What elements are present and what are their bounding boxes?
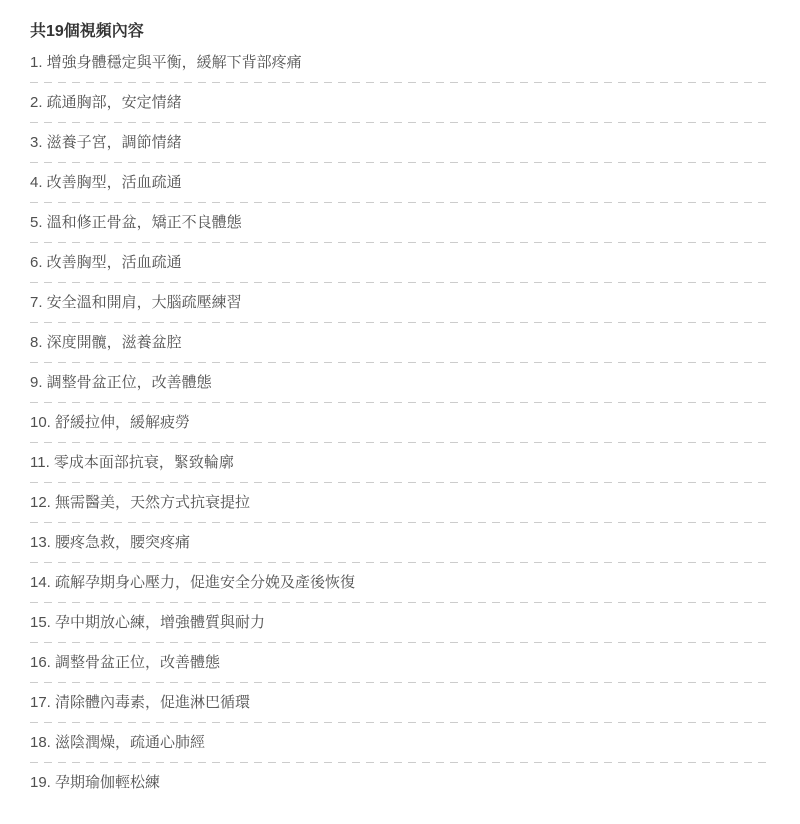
video-list-item: 19. 孕期瑜伽輕松練 (30, 763, 770, 803)
video-list-item: 18. 滋陰潤燥，疏通心肺經 (30, 723, 770, 763)
video-list-item: 2. 疏通胸部，安定情緒 (30, 83, 770, 123)
video-list-item: 5. 溫和修正骨盆，矯正不良體態 (30, 203, 770, 243)
video-list-item: 14. 疏解孕期身心壓力，促進安全分娩及產後恢復 (30, 563, 770, 603)
video-list-item: 3. 滋養子宮，調節情緒 (30, 123, 770, 163)
video-list-item: 8. 深度開髖，滋養盆腔 (30, 323, 770, 363)
video-list-item: 9. 調整骨盆正位，改善體態 (30, 363, 770, 403)
video-list-item: 13. 腰疼急救，腰突疼痛 (30, 523, 770, 563)
video-list-item: 11. 零成本面部抗衰，緊致輪廓 (30, 443, 770, 483)
video-list-item: 1. 增強身體穩定與平衡，緩解下背部疼痛 (30, 43, 770, 83)
video-list-item: 12. 無需醫美，天然方式抗衰提拉 (30, 483, 770, 523)
video-list-item: 15. 孕中期放心練，增強體質與耐力 (30, 603, 770, 643)
video-content-section: 共19個視頻內容 1. 增強身體穩定與平衡，緩解下背部疼痛2. 疏通胸部，安定情… (0, 0, 800, 803)
video-list-item: 17. 清除體內毒素，促進淋巴循環 (30, 683, 770, 723)
video-list-item: 6. 改善胸型，活血疏通 (30, 243, 770, 283)
video-list: 1. 增強身體穩定與平衡，緩解下背部疼痛2. 疏通胸部，安定情緒3. 滋養子宮，… (30, 43, 770, 803)
video-list-item: 7. 安全溫和開肩，大腦疏壓練習 (30, 283, 770, 323)
video-list-item: 10. 舒緩拉伸，緩解疲勞 (30, 403, 770, 443)
list-title: 共19個視頻內容 (30, 22, 770, 41)
video-list-item: 16. 調整骨盆正位，改善體態 (30, 643, 770, 683)
video-list-item: 4. 改善胸型，活血疏通 (30, 163, 770, 203)
